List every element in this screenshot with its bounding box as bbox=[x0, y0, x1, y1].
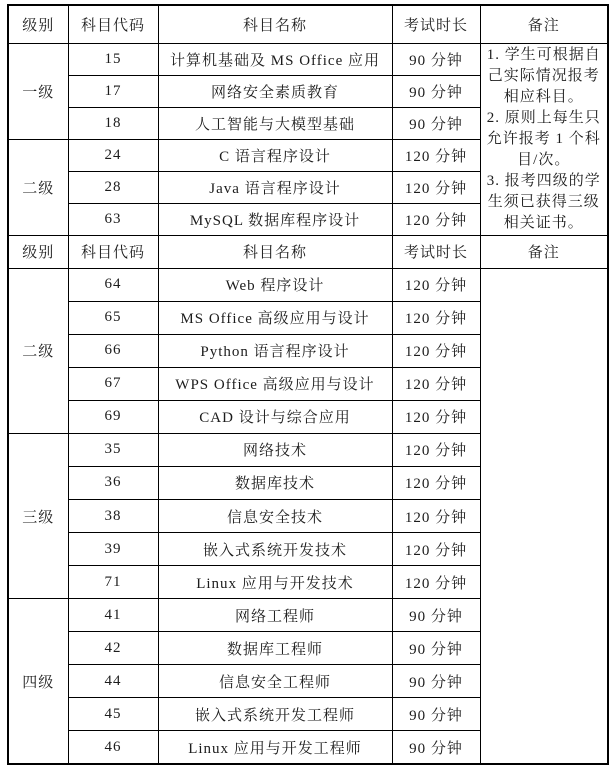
subject-code-cell: 24 bbox=[68, 139, 158, 171]
subject-name-cell: 网络安全素质教育 bbox=[158, 75, 392, 107]
subject-code-cell: 15 bbox=[68, 43, 158, 75]
subject-name-cell: C 语言程序设计 bbox=[158, 139, 392, 171]
duration-cell: 120 分钟 bbox=[392, 301, 480, 334]
remark-note: 1. 学生可根据自己实际情况报考相应科目。 bbox=[486, 45, 603, 108]
subject-code-cell: 44 bbox=[68, 665, 158, 698]
subject-code-cell: 63 bbox=[68, 203, 158, 235]
subject-code-cell: 18 bbox=[68, 107, 158, 139]
header-subject-code: 科目代码 bbox=[68, 235, 158, 268]
duration-cell: 120 分钟 bbox=[392, 203, 480, 235]
exam-subjects-table: 级别 科目代码 科目名称 考试时长 备注 一级 15 计算机基础及 MS Off… bbox=[7, 4, 609, 765]
duration-cell: 120 分钟 bbox=[392, 171, 480, 203]
duration-cell: 90 分钟 bbox=[392, 698, 480, 731]
duration-cell: 120 分钟 bbox=[392, 566, 480, 599]
subject-name-cell: Linux 应用与开发技术 bbox=[158, 566, 392, 599]
header-subject-code: 科目代码 bbox=[68, 5, 158, 43]
duration-cell: 90 分钟 bbox=[392, 75, 480, 107]
duration-cell: 120 分钟 bbox=[392, 268, 480, 301]
duration-cell: 120 分钟 bbox=[392, 139, 480, 171]
remark-cell bbox=[480, 268, 608, 764]
header-remark: 备注 bbox=[480, 5, 608, 43]
header-row: 级别 科目代码 科目名称 考试时长 备注 bbox=[8, 5, 608, 43]
subject-name-cell: 信息安全工程师 bbox=[158, 665, 392, 698]
subject-code-cell: 39 bbox=[68, 533, 158, 566]
subject-name-cell: 信息安全技术 bbox=[158, 499, 392, 532]
subject-name-cell: 嵌入式系统开发技术 bbox=[158, 533, 392, 566]
header-subject-name: 科目名称 bbox=[158, 235, 392, 268]
subject-code-cell: 67 bbox=[68, 367, 158, 400]
subject-name-cell: 嵌入式系统开发工程师 bbox=[158, 698, 392, 731]
table-row: 二级 64 Web 程序设计 120 分钟 bbox=[8, 268, 608, 301]
header-subject-name: 科目名称 bbox=[158, 5, 392, 43]
subject-name-cell: 数据库工程师 bbox=[158, 632, 392, 665]
subject-code-cell: 66 bbox=[68, 334, 158, 367]
duration-cell: 120 分钟 bbox=[392, 433, 480, 466]
subject-code-cell: 28 bbox=[68, 171, 158, 203]
subject-name-cell: MS Office 高级应用与设计 bbox=[158, 301, 392, 334]
subject-code-cell: 17 bbox=[68, 75, 158, 107]
subject-name-cell: CAD 设计与综合应用 bbox=[158, 400, 392, 433]
level-cell: 一级 bbox=[8, 43, 68, 139]
subject-code-cell: 65 bbox=[68, 301, 158, 334]
subject-code-cell: 38 bbox=[68, 499, 158, 532]
level-cell: 二级 bbox=[8, 139, 68, 235]
duration-cell: 90 分钟 bbox=[392, 43, 480, 75]
page: 级别 科目代码 科目名称 考试时长 备注 一级 15 计算机基础及 MS Off… bbox=[0, 0, 613, 774]
duration-cell: 90 分钟 bbox=[392, 107, 480, 139]
subject-name-cell: Java 语言程序设计 bbox=[158, 171, 392, 203]
duration-cell: 120 分钟 bbox=[392, 400, 480, 433]
subject-name-cell: 数据库技术 bbox=[158, 466, 392, 499]
level-cell: 三级 bbox=[8, 433, 68, 598]
header-level: 级别 bbox=[8, 235, 68, 268]
subject-name-cell: MySQL 数据库程序设计 bbox=[158, 203, 392, 235]
duration-cell: 120 分钟 bbox=[392, 466, 480, 499]
subject-name-cell: WPS Office 高级应用与设计 bbox=[158, 367, 392, 400]
table-row: 一级 15 计算机基础及 MS Office 应用 90 分钟 1. 学生可根据… bbox=[8, 43, 608, 75]
subject-code-cell: 46 bbox=[68, 731, 158, 764]
subject-code-cell: 36 bbox=[68, 466, 158, 499]
subject-code-cell: 69 bbox=[68, 400, 158, 433]
subject-name-cell: 人工智能与大模型基础 bbox=[158, 107, 392, 139]
subject-name-cell: 计算机基础及 MS Office 应用 bbox=[158, 43, 392, 75]
header-row: 级别 科目代码 科目名称 考试时长 备注 bbox=[8, 235, 608, 268]
remark-note: 3. 报考四级的学生须已获得三级相关证书。 bbox=[486, 171, 603, 234]
duration-cell: 90 分钟 bbox=[392, 665, 480, 698]
header-duration: 考试时长 bbox=[392, 235, 480, 268]
duration-cell: 120 分钟 bbox=[392, 533, 480, 566]
header-level: 级别 bbox=[8, 5, 68, 43]
remark-note: 2. 原则上每生只允许报考 1 个科目/次。 bbox=[486, 108, 603, 171]
duration-cell: 90 分钟 bbox=[392, 731, 480, 764]
remark-cell: 1. 学生可根据自己实际情况报考相应科目。 2. 原则上每生只允许报考 1 个科… bbox=[480, 43, 608, 235]
subject-name-cell: Python 语言程序设计 bbox=[158, 334, 392, 367]
duration-cell: 90 分钟 bbox=[392, 599, 480, 632]
subject-name-cell: Web 程序设计 bbox=[158, 268, 392, 301]
header-duration: 考试时长 bbox=[392, 5, 480, 43]
subject-code-cell: 64 bbox=[68, 268, 158, 301]
duration-cell: 120 分钟 bbox=[392, 367, 480, 400]
subject-name-cell: 网络技术 bbox=[158, 433, 392, 466]
subject-name-cell: 网络工程师 bbox=[158, 599, 392, 632]
subject-code-cell: 41 bbox=[68, 599, 158, 632]
duration-cell: 120 分钟 bbox=[392, 334, 480, 367]
duration-cell: 120 分钟 bbox=[392, 499, 480, 532]
subject-code-cell: 71 bbox=[68, 566, 158, 599]
subject-code-cell: 42 bbox=[68, 632, 158, 665]
duration-cell: 90 分钟 bbox=[392, 632, 480, 665]
subject-code-cell: 45 bbox=[68, 698, 158, 731]
subject-name-cell: Linux 应用与开发工程师 bbox=[158, 731, 392, 764]
level-cell: 四级 bbox=[8, 599, 68, 764]
subject-code-cell: 35 bbox=[68, 433, 158, 466]
header-remark: 备注 bbox=[480, 235, 608, 268]
level-cell: 二级 bbox=[8, 268, 68, 433]
